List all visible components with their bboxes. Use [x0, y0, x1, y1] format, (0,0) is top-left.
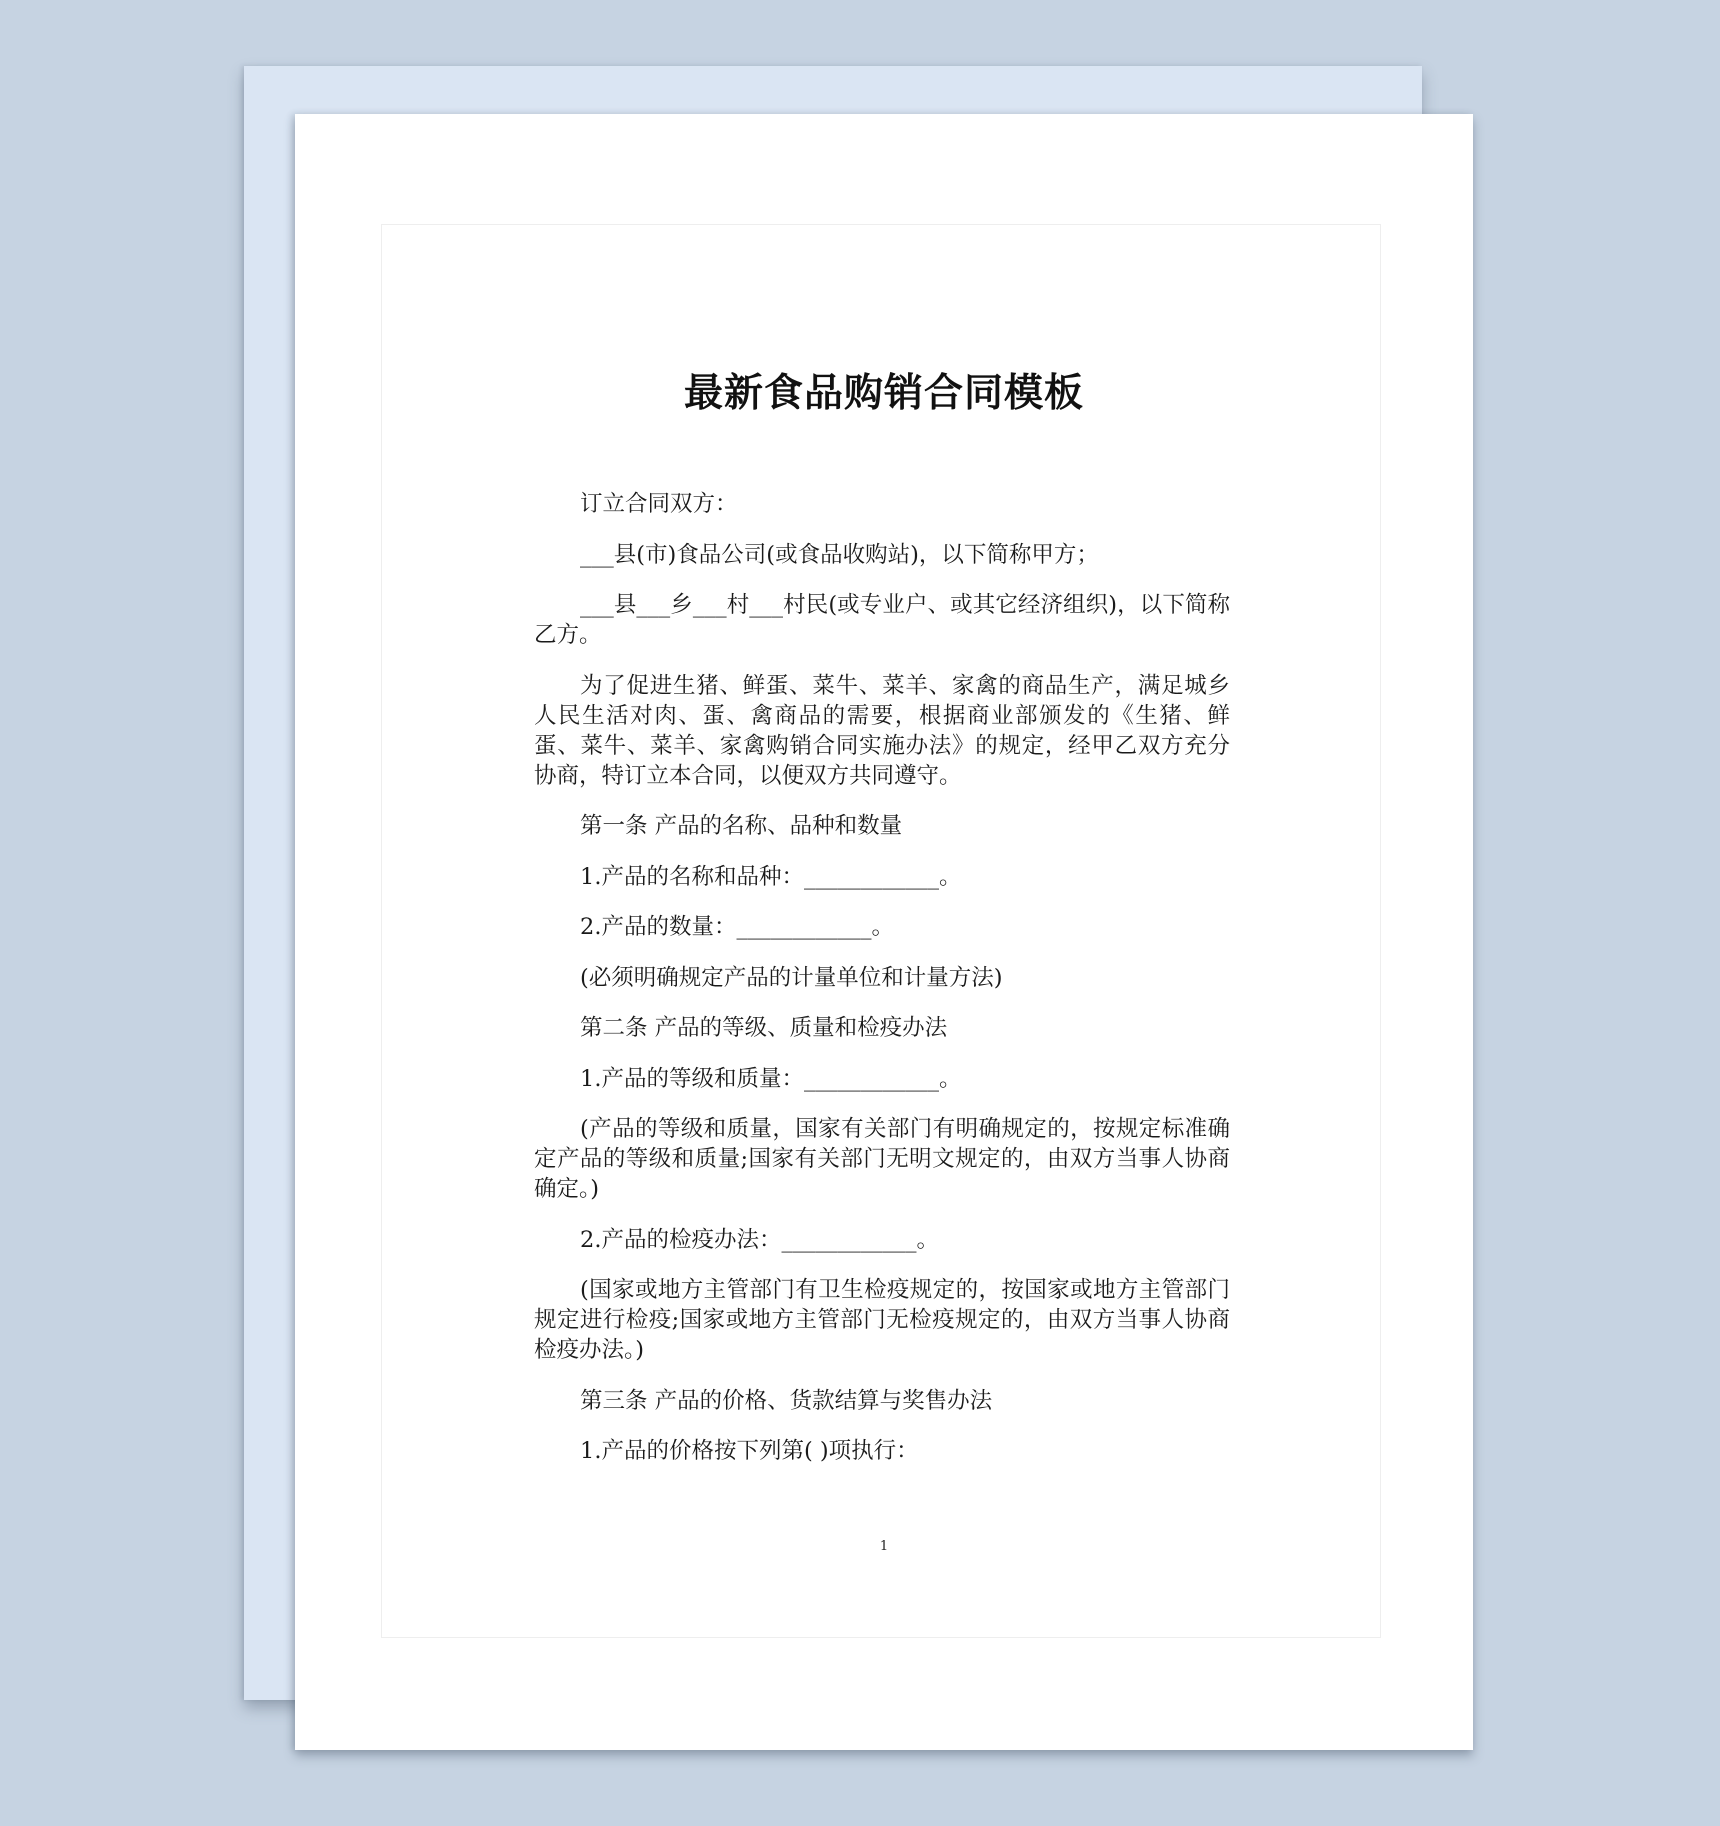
page-number: 1 — [295, 1539, 1473, 1554]
document-body: 订立合同双方： ___县(市)食品公司(或食品收购站)，以下简称甲方； ___县… — [534, 489, 1230, 1487]
article-1-item-1: 1.产品的名称和品种：____________。 — [534, 862, 1230, 892]
article-3-item-1: 1.产品的价格按下列第( )项执行： — [534, 1436, 1230, 1466]
article-2-item-1: 1.产品的等级和质量：____________。 — [534, 1064, 1230, 1094]
article-1-heading: 第一条 产品的名称、品种和数量 — [534, 811, 1230, 841]
article-2-note-2: (国家或地方主管部门有卫生检疫规定的，按国家或地方主管部门规定进行检疫;国家或地… — [534, 1275, 1230, 1365]
paragraph-party-b: ___县___乡___村___村民(或专业户、或其它经济组织)，以下简称乙方。 — [534, 590, 1230, 650]
article-2-heading: 第二条 产品的等级、质量和检疫办法 — [534, 1013, 1230, 1043]
article-2-item-2: 2.产品的检疫办法：____________。 — [534, 1225, 1230, 1255]
article-3-heading: 第三条 产品的价格、货款结算与奖售办法 — [534, 1386, 1230, 1416]
document-title: 最新食品购销合同模板 — [295, 370, 1473, 418]
paragraph-parties-intro: 订立合同双方： — [534, 489, 1230, 519]
article-2-note-1: (产品的等级和质量，国家有关部门有明确规定的，按规定标准确定产品的等级和质量;国… — [534, 1114, 1230, 1204]
paragraph-preamble: 为了促进生猪、鲜蛋、菜牛、菜羊、家禽的商品生产，满足城乡人民生活对肉、蛋、禽商品… — [534, 671, 1230, 791]
paragraph-party-a: ___县(市)食品公司(或食品收购站)，以下简称甲方； — [534, 540, 1230, 570]
article-1-item-2: 2.产品的数量：____________。 — [534, 912, 1230, 942]
document-page: 最新食品购销合同模板 订立合同双方： ___县(市)食品公司(或食品收购站)，以… — [295, 114, 1473, 1750]
article-1-note: (必须明确规定产品的计量单位和计量方法) — [534, 963, 1230, 993]
